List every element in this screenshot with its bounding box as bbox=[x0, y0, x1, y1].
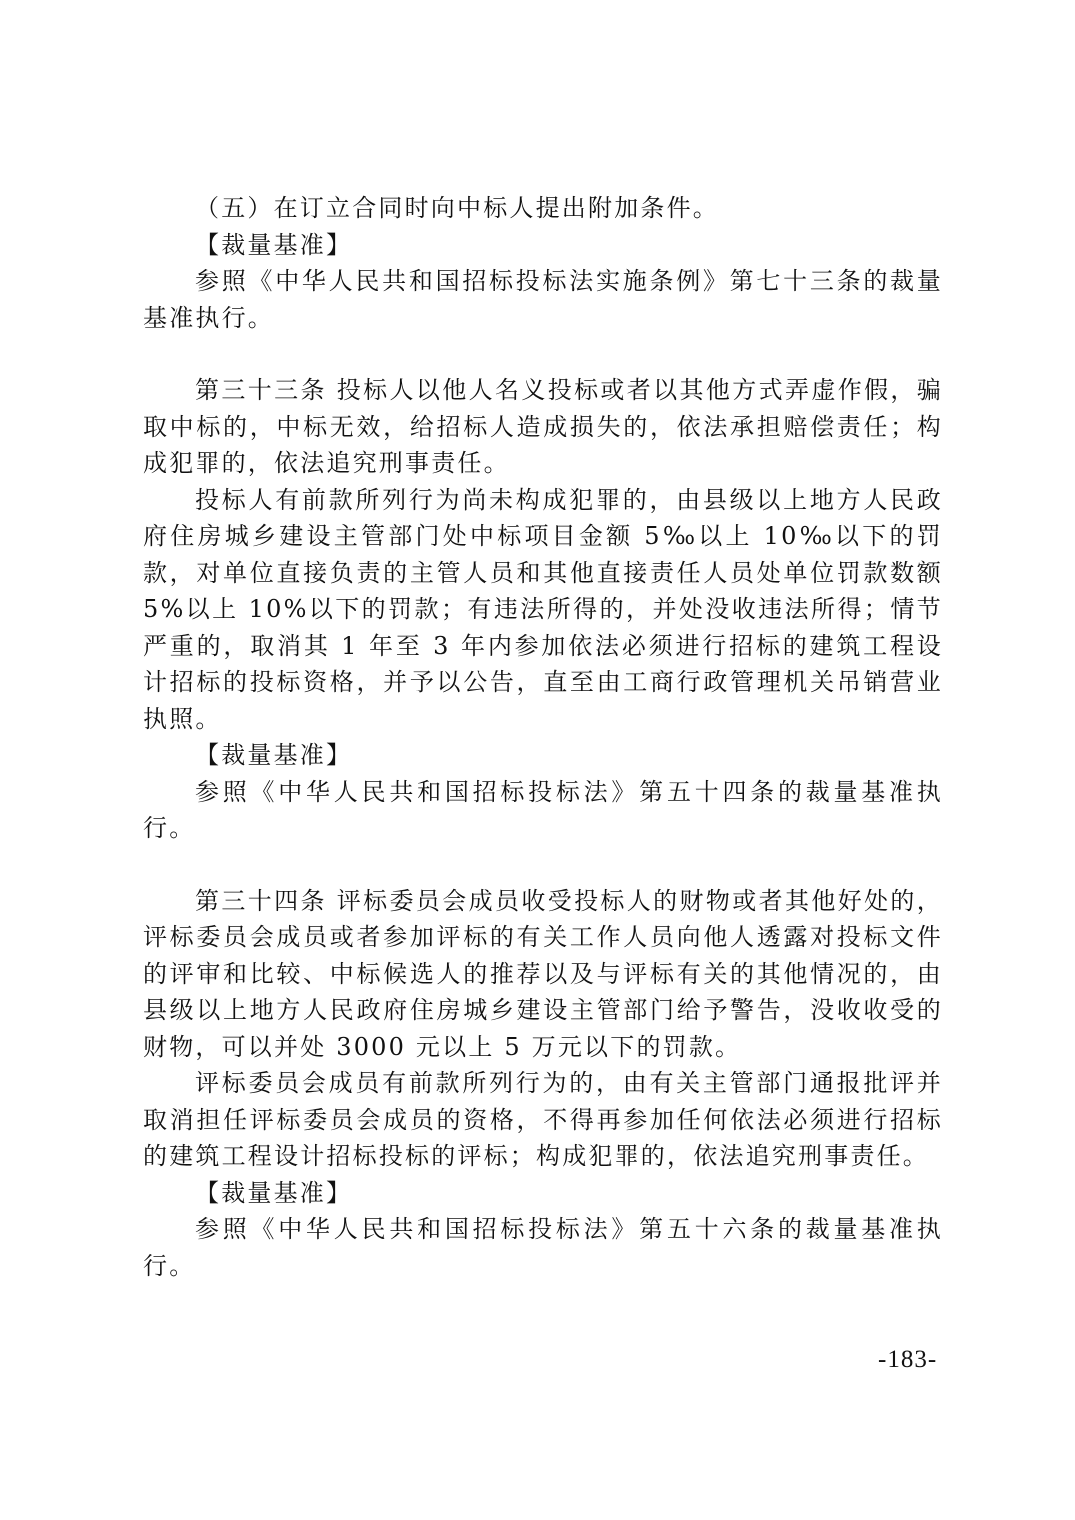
discretion-standard-text: 参照《中华人民共和国招标投标法》第五十六条的裁量基准执行。 bbox=[143, 1211, 943, 1284]
page-number: -183- bbox=[878, 1346, 937, 1374]
discretion-standard-heading: 【裁量基准】 bbox=[143, 1175, 943, 1212]
article-34-paragraph-1: 第三十四条 评标委员会成员收受投标人的财物或者其他好处的，评标委员会成员或者参加… bbox=[143, 883, 943, 1066]
document-page: （五）在订立合同时向中标人提出附加条件。 【裁量基准】 参照《中华人民共和国招标… bbox=[143, 190, 943, 1284]
article-34-paragraph-2: 评标委员会成员有前款所列行为的，由有关主管部门通报批评并取消担任评标委员会成员的… bbox=[143, 1065, 943, 1175]
discretion-standard-heading: 【裁量基准】 bbox=[143, 227, 943, 264]
discretion-standard-text: 参照《中华人民共和国招标投标法实施条例》第七十三条的裁量基准执行。 bbox=[143, 263, 943, 336]
discretion-standard-heading: 【裁量基准】 bbox=[143, 737, 943, 774]
section-gap bbox=[143, 847, 943, 883]
clause-item-5: （五）在订立合同时向中标人提出附加条件。 bbox=[143, 190, 943, 227]
section-gap bbox=[143, 336, 943, 372]
article-33-paragraph-2: 投标人有前款所列行为尚未构成犯罪的，由县级以上地方人民政府住房城乡建设主管部门处… bbox=[143, 482, 943, 738]
article-33-paragraph-1: 第三十三条 投标人以他人名义投标或者以其他方式弄虚作假，骗取中标的，中标无效，给… bbox=[143, 372, 943, 482]
discretion-standard-text: 参照《中华人民共和国招标投标法》第五十四条的裁量基准执行。 bbox=[143, 774, 943, 847]
